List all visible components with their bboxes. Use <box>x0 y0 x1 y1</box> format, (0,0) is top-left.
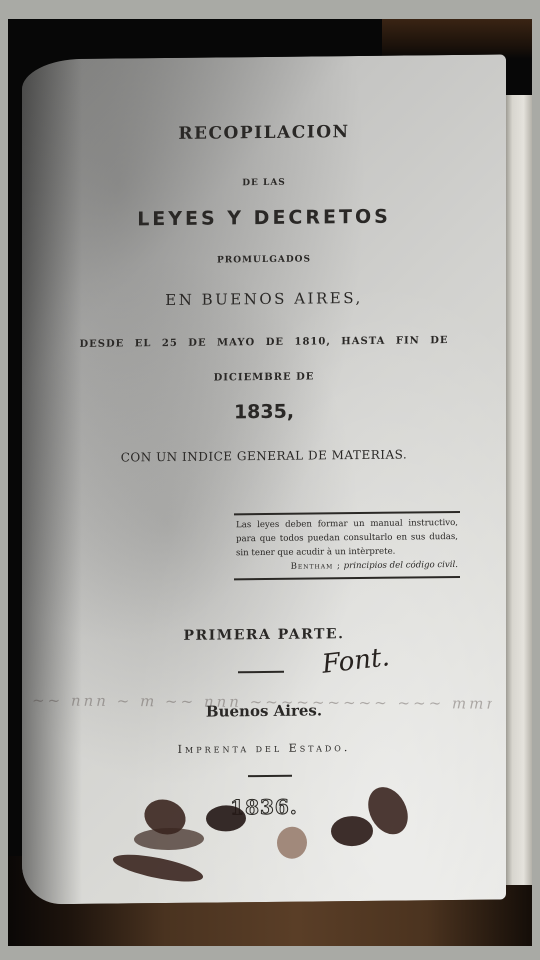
handwritten-signature: Font. <box>321 642 391 680</box>
title-recopilacion: RECOPILACION <box>22 120 506 145</box>
imprint-place: Buenos Aires. <box>22 699 506 722</box>
title-en-buenos-aires: EN BUENOS AIRES, <box>22 287 506 310</box>
epigraph-author: Bentham ; <box>291 561 341 572</box>
ink-stain <box>331 816 373 846</box>
ink-stain <box>111 849 205 887</box>
title-diciembre: DICIEMBRE DE <box>22 369 506 385</box>
book-photo: ~~ nnn ~ m ~~ nnn ~~~~~~~~~ ~~~ mmmnn ~~… <box>8 19 532 946</box>
ink-stain <box>134 828 204 851</box>
imprint-printer: Imprenta del Estado. <box>22 739 506 757</box>
divider-rule <box>248 775 292 777</box>
epigraph-text: Las leyes deben formar un manual instruc… <box>236 516 458 560</box>
divider-rule <box>238 671 284 673</box>
page-stack-edge <box>502 95 532 885</box>
ink-stain <box>206 805 246 831</box>
title-leyes-y-decretos: LEYES Y DECRETOS <box>22 204 506 231</box>
epigraph-source: principios del código civil. <box>344 560 458 571</box>
title-date-range: DESDE EL 25 DE MAYO DE 1810, HASTA FIN D… <box>22 334 506 350</box>
imprint-text: PRIMERA PARTE. Font. Buenos Aires. Impre… <box>22 54 506 59</box>
epigraph-attribution: Bentham ; principios del código civil. <box>236 558 458 574</box>
background-wood <box>382 19 532 59</box>
epigraph-block: Las leyes deben formar un manual instruc… <box>234 511 460 580</box>
part-label: PRIMERA PARTE. <box>22 624 506 645</box>
title-page-text: RECOPILACION DE LAS LEYES Y DECRETOS PRO… <box>22 54 506 59</box>
title-de-las: DE LAS <box>22 175 506 190</box>
title-indice: CON UN INDICE GENERAL DE MATERIAS. <box>22 446 506 465</box>
title-promulgados: PROMULGADOS <box>22 252 506 267</box>
title-year-1835: 1835, <box>22 398 506 425</box>
ink-stain <box>277 827 307 859</box>
imprint-year: 1836. <box>22 792 506 821</box>
title-page: ~~ nnn ~ m ~~ nnn ~~~~~~~~~ ~~~ mmmnn ~~… <box>22 54 506 904</box>
